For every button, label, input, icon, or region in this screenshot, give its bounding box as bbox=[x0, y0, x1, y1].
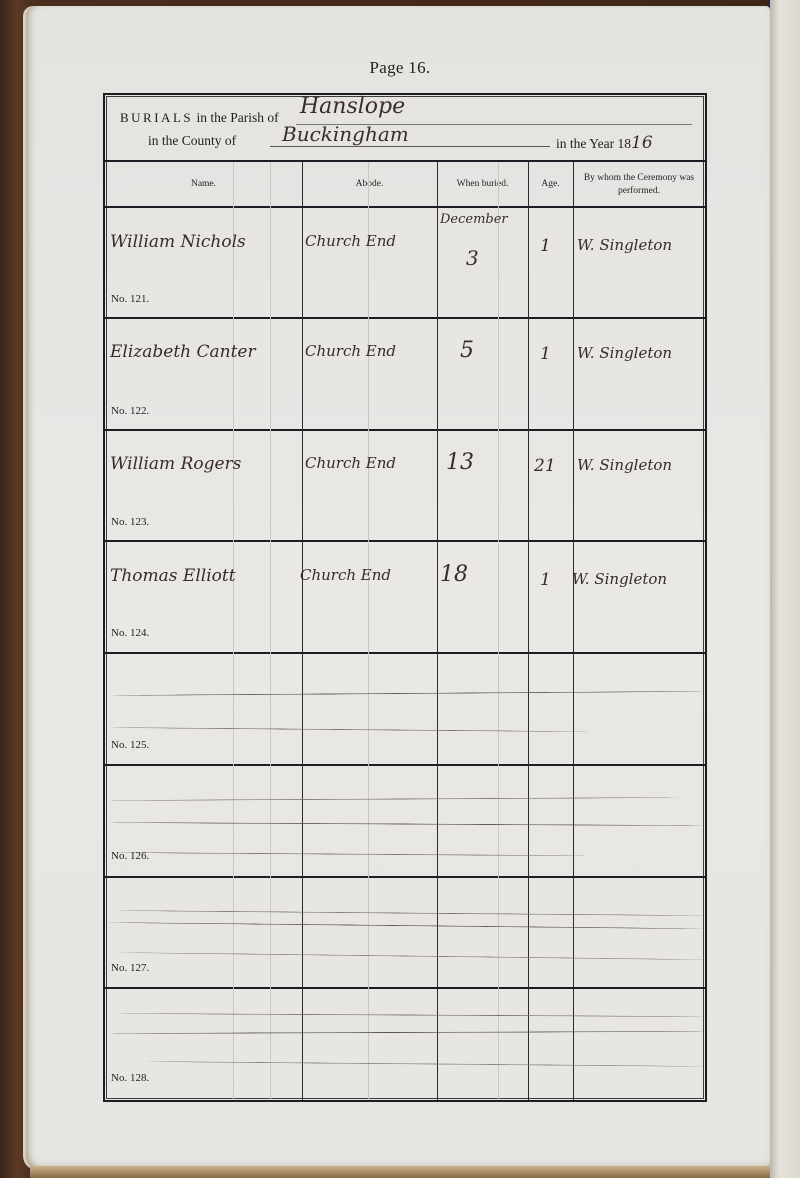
row-rule bbox=[105, 987, 705, 989]
row-rule bbox=[105, 317, 705, 319]
entry-by-whom: W. Singleton bbox=[577, 236, 672, 254]
entry-number: No. 121. bbox=[111, 293, 149, 305]
faint-guide-line bbox=[233, 162, 234, 1100]
year-handwritten: 16 bbox=[631, 133, 653, 153]
entry-age: 1 bbox=[540, 570, 551, 590]
row-rule bbox=[105, 764, 705, 766]
entry-day: 18 bbox=[440, 562, 468, 587]
entry-abode: Church End bbox=[305, 232, 396, 250]
entry-day: 5 bbox=[460, 338, 474, 363]
entry-abode: Church End bbox=[305, 454, 396, 472]
entry-number: No. 123. bbox=[111, 516, 149, 528]
entry-name: Thomas Elliott bbox=[110, 566, 236, 586]
entry-age: 1 bbox=[540, 236, 551, 256]
column-rule bbox=[573, 162, 574, 1100]
entry-number: No. 122. bbox=[111, 405, 149, 417]
county-handwritten: Buckingham bbox=[282, 122, 409, 146]
entry-number: No. 127. bbox=[111, 962, 149, 974]
entry-number: No. 126. bbox=[111, 850, 149, 862]
parish-handwritten: Hanslope bbox=[300, 94, 405, 119]
county-blank-line bbox=[270, 146, 550, 147]
column-rule bbox=[302, 162, 303, 1100]
faint-guide-line bbox=[498, 162, 499, 1100]
entry-by-whom: W. Singleton bbox=[577, 344, 672, 362]
page-number: Page 16. bbox=[0, 58, 800, 78]
column-rule bbox=[528, 162, 529, 1100]
entry-by-whom: W. Singleton bbox=[577, 456, 672, 474]
parish-prefix: in the Parish of bbox=[193, 110, 279, 125]
county-prefix: in the County of bbox=[148, 133, 236, 148]
row-rule bbox=[105, 540, 705, 542]
entry-name: William Rogers bbox=[110, 454, 241, 474]
entry-age: 1 bbox=[540, 344, 551, 364]
column-header-age: Age. bbox=[528, 162, 573, 207]
entry-name: Elizabeth Canter bbox=[110, 342, 256, 362]
entry-day: 13 bbox=[446, 450, 474, 475]
entry-name: William Nichols bbox=[110, 232, 246, 252]
entry-day: 3 bbox=[466, 246, 479, 270]
burials-heading: BURIALS bbox=[120, 110, 193, 125]
faint-guide-line bbox=[270, 162, 271, 1100]
row-rule bbox=[105, 206, 705, 208]
column-header-abode: Abode. bbox=[302, 162, 437, 207]
faint-guide-line bbox=[368, 162, 369, 1100]
entry-number: No. 128. bbox=[111, 1072, 149, 1084]
column-header-when-buried: When buried. bbox=[437, 162, 528, 207]
title-line-parish: BURIALS in the Parish of bbox=[120, 110, 279, 126]
entry-month: December bbox=[440, 212, 508, 227]
entry-number: No. 124. bbox=[111, 627, 149, 639]
entry-age: 21 bbox=[534, 456, 556, 476]
entry-number: No. 125. bbox=[111, 739, 149, 751]
entry-abode: Church End bbox=[300, 566, 391, 584]
column-rule bbox=[437, 162, 438, 1100]
row-rule bbox=[105, 652, 705, 654]
row-rule bbox=[105, 429, 705, 431]
entry-abode: Church End bbox=[305, 342, 396, 360]
entry-by-whom: W. Singleton bbox=[572, 570, 667, 588]
year-prefix: in the Year 18 bbox=[556, 136, 631, 151]
year-label: in the Year 1816 bbox=[556, 133, 653, 153]
column-header-by-whom: By whom the Ceremony was performed. bbox=[575, 162, 703, 207]
column-header-name: Name. bbox=[105, 162, 302, 207]
row-rule bbox=[105, 876, 705, 878]
page-stack-edge bbox=[30, 1166, 770, 1178]
facing-page-edge bbox=[768, 0, 800, 1178]
title-line-county: in the County of bbox=[148, 133, 236, 149]
